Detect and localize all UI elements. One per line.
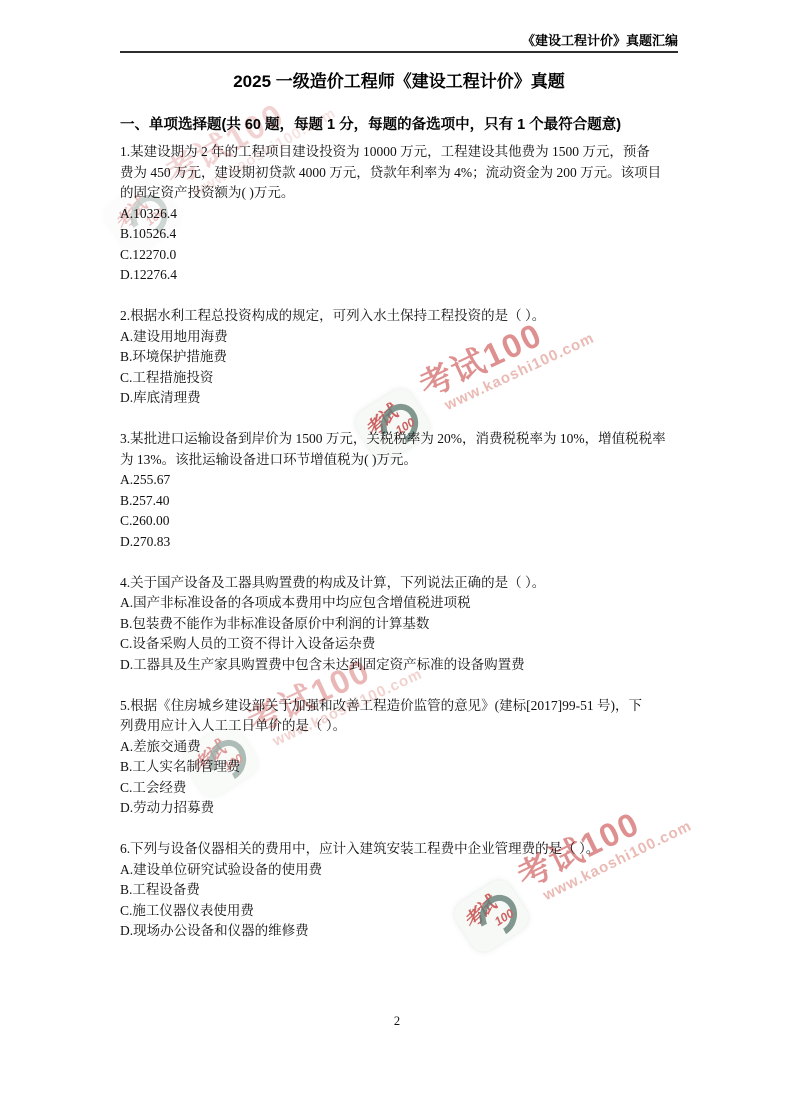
question-stem: 5.根据《住房城乡建设部关于加强和改善工程造价监管的意见》(建标[2017]99… [120, 696, 678, 737]
option-c: C.工程措施投资 [120, 368, 678, 389]
option-a: A.10326.4 [120, 204, 678, 225]
option-a: A.建设单位研究试验设备的使用费 [120, 860, 678, 881]
question-5: 5.根据《住房城乡建设部关于加强和改善工程造价监管的意见》(建标[2017]99… [120, 696, 678, 819]
question-6: 6.下列与设备仪器相关的费用中，应计入建筑安装工程费中企业管理费的是（ ）。 A… [120, 839, 678, 942]
question-stem: 4.关于国产设备及工器具购置费的构成及计算，下列说法正确的是（ ）。 [120, 573, 678, 594]
option-b: B.10526.4 [120, 224, 678, 245]
page-number: 2 [0, 1014, 794, 1029]
option-c: C.工会经费 [120, 778, 678, 799]
option-c: C.12270.0 [120, 245, 678, 266]
option-c: C.设备采购人员的工资不得计入设备运杂费 [120, 634, 678, 655]
option-d: D.270.83 [120, 532, 678, 553]
option-b: B.工人实名制管理费 [120, 757, 678, 778]
question-stem: 1.某建设期为 2 年的工程项目建设投资为 10000 万元，工程建设其他费为 … [120, 142, 678, 204]
option-d: D.工器具及生产家具购置费中包含未达到固定资产标准的设备购置费 [120, 655, 678, 676]
option-d: D.12276.4 [120, 265, 678, 286]
document-page: 考试 100 考试100 www.kaoshi100.com 考试 100 考试… [0, 0, 794, 1098]
option-a: A.255.67 [120, 470, 678, 491]
question-stem: 3.某批进口运输设备到岸价为 1500 万元，关税税率为 20%，消费税税率为 … [120, 429, 678, 470]
question-stem: 2.根据水利工程总投资构成的规定，可列入水土保持工程投资的是（ ）。 [120, 306, 678, 327]
question-1: 1.某建设期为 2 年的工程项目建设投资为 10000 万元，工程建设其他费为 … [120, 142, 678, 286]
option-d: D.现场办公设备和仪器的维修费 [120, 921, 678, 942]
option-a: A.建设用地用海费 [120, 327, 678, 348]
option-b: B.工程设备费 [120, 880, 678, 901]
section-heading: 一、单项选择题(共 60 题，每题 1 分，每题的备选项中，只有 1 个最符合题… [120, 117, 678, 133]
option-c: C.260.00 [120, 511, 678, 532]
question-stem: 6.下列与设备仪器相关的费用中，应计入建筑安装工程费中企业管理费的是（ ）。 [120, 839, 678, 860]
option-d: D.劳动力招募费 [120, 798, 678, 819]
page-title: 2025 一级造价工程师《建设工程计价》真题 [120, 73, 678, 91]
option-a: A.差旅交通费 [120, 737, 678, 758]
running-header: 《建设工程计价》真题汇编 [120, 0, 678, 53]
option-b: B.257.40 [120, 491, 678, 512]
running-header-title: 《建设工程计价》真题汇编 [522, 33, 678, 48]
option-b: B.环境保护措施费 [120, 347, 678, 368]
question-2: 2.根据水利工程总投资构成的规定，可列入水土保持工程投资的是（ ）。 A.建设用… [120, 306, 678, 409]
option-a: A.国产非标准设备的各项成本费用中均应包含增值税进项税 [120, 593, 678, 614]
question-3: 3.某批进口运输设备到岸价为 1500 万元，关税税率为 20%，消费税税率为 … [120, 429, 678, 552]
question-4: 4.关于国产设备及工器具购置费的构成及计算，下列说法正确的是（ ）。 A.国产非… [120, 573, 678, 676]
option-c: C.施工仪器仪表使用费 [120, 901, 678, 922]
option-d: D.库底清理费 [120, 388, 678, 409]
document-content: 《建设工程计价》真题汇编 2025 一级造价工程师《建设工程计价》真题 一、单项… [120, 0, 678, 942]
option-b: B.包装费不能作为非标准设备原价中利润的计算基数 [120, 614, 678, 635]
